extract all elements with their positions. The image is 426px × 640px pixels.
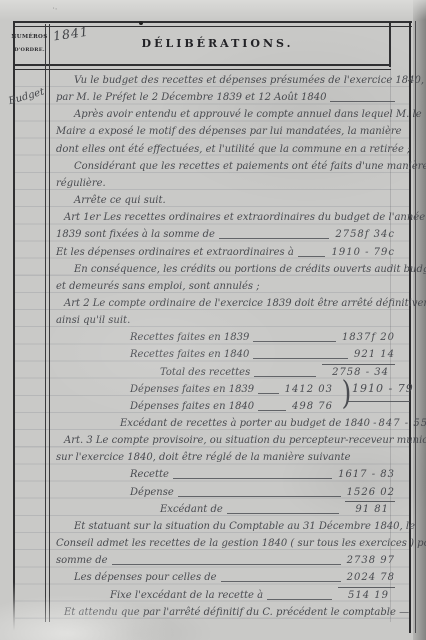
manuscript-line: Les dépenses pour celles de2024 78 (52, 568, 399, 585)
manuscript-text: Vu le budget des recettes et dépenses pr… (74, 74, 426, 88)
manuscript-text: Et les dépenses ordinaires et extraordin… (56, 246, 294, 260)
dash-leader (253, 341, 336, 342)
amount-value: 1910 - 79c (331, 246, 395, 260)
manuscript-text: Recettes faites en 1839 (130, 331, 249, 345)
dash-leader (219, 238, 329, 239)
manuscript-text: En conséquence, les crédits ou portions … (74, 263, 426, 277)
manuscript-line: Recettes faites en 18391837f 20 (52, 328, 399, 345)
manuscript-line: somme de2738 97 (52, 551, 399, 568)
manuscript-text: Fixe l'excédant de la recette à (110, 589, 263, 603)
amount-value: 1837f 20 (342, 331, 395, 345)
amount-value: 498 76 (292, 400, 333, 414)
manuscript-text: Recette (130, 468, 169, 482)
manuscript-line: Dépense1526 02 (52, 483, 399, 500)
brace-total-amount: 1910 - 79 (352, 382, 414, 395)
manuscript-text: Et statuant sur la situation du Comptabl… (74, 520, 415, 534)
order-column-label-line1: NUMÉROS (11, 34, 47, 40)
manuscript-text: dont elles ont été effectuées, et l'util… (56, 143, 410, 157)
order-column-divider (45, 24, 50, 622)
register-page-scan: .. NUMÉROS D'ORDRE. DÉLIBÉRATIONS. 1841 … (0, 0, 426, 640)
deliberations-header: DÉLIBÉRATIONS. (46, 23, 389, 64)
manuscript-line: et demeurés sans emploi, sont annulés ; (52, 277, 399, 294)
manuscript-line: régulière. (52, 174, 399, 191)
manuscript-line: Vu le budget des recettes et dépenses pr… (52, 71, 399, 88)
dash-leader (330, 101, 395, 102)
amount-value: 847 - 55 (379, 417, 426, 431)
manuscript-text: Art. 3 Le compte provisoire, ou situatio… (64, 434, 426, 448)
grouping-brace: ) (342, 373, 352, 412)
amount-value: 1617 - 83 (338, 468, 395, 482)
manuscript-line: 1839 sont fixées à la somme de2758f 34c (52, 225, 399, 242)
manuscript-text: Recettes faites en 1840 (130, 348, 249, 362)
manuscript-line: Et statuant sur la situation du Comptabl… (52, 517, 399, 534)
manuscript-text: Total des recettes (160, 366, 250, 380)
manuscript-text: Après avoir entendu et approuvé le compt… (74, 108, 422, 122)
manuscript-line: par M. le Préfet le 2 Décembre 1839 et 1… (52, 88, 399, 105)
dash-leader (112, 564, 341, 565)
manuscript-text: Et attendu que par l'arrêté définitif du… (64, 606, 409, 620)
manuscript-text: Maire a exposé le motif des dépenses par… (56, 125, 402, 139)
manuscript-line: Art 1er Les recettes ordinaires et extra… (52, 208, 399, 225)
manuscript-text: Les dépenses pour celles de (74, 571, 217, 585)
manuscript-line: Considérant que les recettes et paiement… (52, 157, 399, 174)
manuscript-text: Dépenses faites en 1840 (130, 400, 254, 414)
manuscript-line: Art. 3 Le compte provisoire, ou situatio… (52, 431, 399, 448)
dash-leader (258, 393, 278, 394)
dash-leader (298, 256, 326, 257)
dash-leader (267, 599, 332, 600)
amount-value: 514 19 (338, 587, 395, 603)
manuscript-line: Recettes faites en 1840921 14 (52, 345, 399, 362)
order-number-column-header: NUMÉROS D'ORDRE. (14, 23, 45, 64)
ink-smudge: .. (52, 1, 60, 11)
manuscript-line: Maire a exposé le motif des dépenses par… (52, 122, 399, 139)
manuscript-line: Après avoir entendu et approuvé le compt… (52, 105, 399, 122)
dash-leader (173, 478, 332, 479)
header-right-line (389, 21, 391, 67)
header-bottom-line (13, 64, 391, 70)
manuscript-text: régulière. (56, 177, 106, 191)
manuscript-text: Dépenses faites en 1839 (130, 383, 254, 397)
amount-value: 1526 02 (347, 486, 395, 500)
frame-left-line (13, 21, 15, 631)
manuscript-text: Art 2 Le compte ordinaire de l'exercice … (64, 297, 426, 311)
manuscript-line: ainsi qu'il suit. (52, 311, 399, 328)
manuscript-text: et demeurés sans emploi, sont annulés ; (56, 280, 260, 294)
manuscript-text: par M. le Préfet le 2 Décembre 1839 et 1… (56, 91, 326, 105)
amount-value: 1412 03 (285, 383, 333, 397)
manuscript-line: Recette1617 - 83 (52, 465, 399, 482)
manuscript-text: ainsi qu'il suit. (56, 314, 130, 328)
dash-leader (258, 410, 286, 411)
manuscript-text: 1839 sont fixées à la somme de (56, 228, 215, 242)
manuscript-line: Et attendu que par l'arrêté définitif du… (52, 603, 399, 620)
manuscript-line: Arrête ce qui suit. (52, 191, 399, 208)
dash-leader (254, 376, 316, 377)
manuscript-line: Excédant de91 81 (52, 500, 399, 517)
dash-leader (227, 513, 340, 514)
amount-value: 921 14 (354, 348, 395, 362)
brace-total-underline (347, 401, 410, 402)
manuscript-text: sur l'exercice 1840, doit être réglé de … (56, 451, 351, 465)
amount-value: 2758f 34c (335, 228, 395, 242)
manuscript-text: Conseil admet les recettes de la gestion… (56, 537, 426, 551)
manuscript-text: Considérant que les recettes et paiement… (74, 160, 426, 174)
manuscript-text: Excédant de recettes à porter au budget … (120, 417, 377, 431)
manuscript-line: En conséquence, les crédits ou portions … (52, 260, 399, 277)
manuscript-text: Art 1er Les recettes ordinaires et extra… (64, 211, 425, 225)
manuscript-line: Fixe l'excédant de la recette à514 19 (52, 586, 399, 603)
manuscript-line: sur l'exercice 1840, doit être réglé de … (52, 448, 399, 465)
manuscript-text: Arrête ce qui suit. (74, 194, 166, 208)
manuscript-line: Art 2 Le compte ordinaire de l'exercice … (52, 294, 399, 311)
manuscript-line: Conseil admet les recettes de la gestion… (52, 534, 399, 551)
order-column-label-line2: D'ORDRE. (14, 47, 45, 53)
manuscript-text: Excédant de (160, 503, 223, 517)
amount-value: 2738 97 (347, 554, 395, 568)
dash-leader (253, 358, 348, 359)
manuscript-body: Vu le budget des recettes et dépenses pr… (52, 71, 399, 623)
amount-value: 91 81 (345, 501, 395, 517)
manuscript-line: dont elles ont été effectuées, et l'util… (52, 140, 399, 157)
amount-value: 2024 78 (347, 571, 395, 585)
dash-leader (178, 496, 341, 497)
page-title: DÉLIBÉRATIONS. (142, 37, 294, 50)
dash-leader (221, 581, 341, 582)
manuscript-line: Excédant de recettes à porter au budget … (52, 414, 399, 431)
amount-value: 2758 - 34 (322, 364, 395, 380)
manuscript-text: somme de (56, 554, 108, 568)
manuscript-text: Dépense (130, 486, 174, 500)
manuscript-line: Et les dépenses ordinaires et extraordin… (52, 243, 399, 260)
